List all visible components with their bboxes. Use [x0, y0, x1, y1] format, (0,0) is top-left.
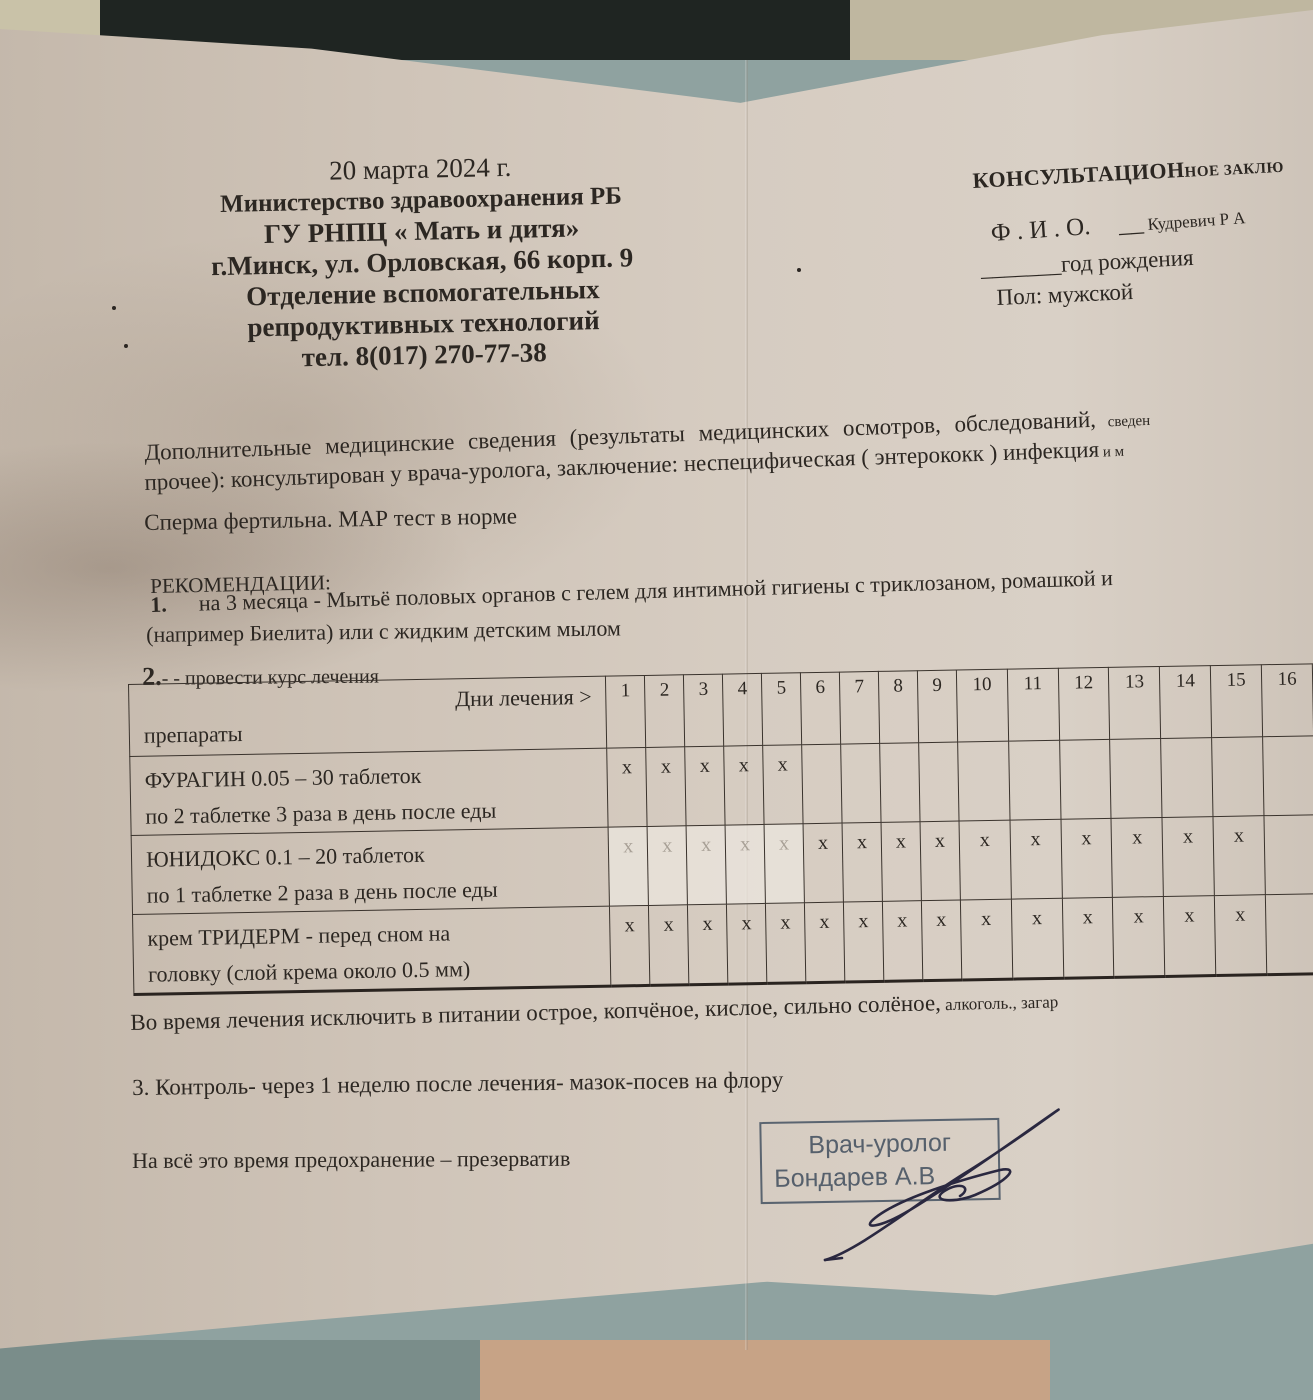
day-mark-cell: x [766, 903, 806, 984]
day-mark-cell: x [881, 822, 921, 902]
days-header: Дни лечения > [455, 679, 592, 717]
patient-name: Кудревич Р А [1147, 208, 1246, 234]
header-corner-cell: Дни лечения >препараты [129, 676, 608, 756]
empty-day-cell [1161, 738, 1213, 818]
day-header-cell: 1 [606, 675, 646, 748]
fio-label: Ф . И . О. [990, 213, 1091, 247]
empty-day-cell [1110, 738, 1162, 818]
day-mark-cell: x [727, 903, 767, 984]
day-mark-cell: x [921, 900, 961, 981]
day-mark-cell: x [920, 821, 960, 901]
empty-day-cell [1264, 815, 1313, 895]
empty-day-cell [802, 744, 842, 824]
ink-speck [797, 268, 801, 272]
empty-day-cell [1008, 740, 1060, 820]
day-header-cell: 4 [723, 673, 763, 746]
empty-day-cell [919, 742, 959, 822]
photo-background-bottom [0, 1340, 1313, 1400]
day-header-cell: 10 [956, 669, 1008, 742]
signature-icon [800, 1100, 1080, 1280]
day-mark-cell: x [960, 899, 1012, 980]
day-mark-cell: x [685, 746, 725, 826]
empty-day-cell [841, 743, 881, 823]
day-mark-cell: x [1213, 816, 1265, 896]
medical-info-tail: сведен [1096, 413, 1151, 431]
empty-day-cell [880, 743, 920, 823]
day-header-cell: 7 [840, 671, 880, 744]
drug-cell: крем ТРИДЕРМ - перед сном наголовку (сло… [133, 906, 612, 994]
day-header-cell: 5 [762, 673, 802, 746]
day-header-cell: 11 [1007, 668, 1059, 741]
day-mark-cell: x [1215, 895, 1267, 976]
day-mark-cell: x [688, 904, 728, 985]
drugs-header: препараты [144, 716, 243, 754]
day-mark-cell: x [647, 826, 687, 906]
drug-dosage: головку (слой крема около 0.5 мм) [148, 949, 601, 993]
empty-day-cell [1263, 736, 1313, 816]
institution-header: 20 марта 2024 г. Министерство здравоохра… [170, 148, 674, 376]
diet-note-tail: алкоголь., загар [941, 992, 1059, 1014]
day-mark-cell: x [844, 901, 884, 982]
day-header-cell: 3 [684, 674, 724, 747]
day-header-cell: 6 [801, 672, 841, 745]
item-number: 1. [150, 592, 167, 617]
day-header-cell: 15 [1211, 665, 1263, 738]
day-mark-cell: x [725, 824, 765, 904]
drug-cell: ЮНИДОКС 0.1 – 20 таблетокпо 1 таблетке 2… [131, 827, 610, 914]
empty-day-cell [958, 741, 1010, 821]
day-mark-cell: x [842, 822, 882, 902]
day-mark-cell: x [1164, 896, 1216, 977]
day-mark-cell: x [764, 824, 804, 904]
title-tail: НОЕ ЗАКЛЮ [1184, 160, 1284, 181]
empty-day-cell [1212, 737, 1264, 817]
ink-speck [124, 344, 128, 348]
day-header-cell: 16 [1261, 664, 1313, 737]
day-header-cell: 2 [645, 675, 685, 748]
fio-underline: __ [1118, 209, 1145, 238]
day-header-cell: 14 [1160, 666, 1212, 739]
day-mark-cell: x [1010, 819, 1062, 899]
day-mark-cell: x [1111, 817, 1163, 897]
day-mark-cell: x [803, 823, 843, 903]
day-mark-cell: x [882, 901, 922, 982]
day-header-cell: 12 [1058, 667, 1110, 740]
day-mark-cell: x [1061, 818, 1113, 898]
day-mark-cell: x [608, 826, 648, 906]
day-mark-cell: x [1113, 896, 1165, 977]
day-mark-cell: x [805, 902, 845, 983]
day-mark-cell: x [610, 905, 650, 986]
day-mark-cell: x [686, 825, 726, 905]
day-mark-cell: x [649, 905, 689, 986]
day-mark-cell: x [1011, 898, 1063, 979]
day-header-cell: 9 [917, 670, 957, 743]
day-mark-cell: x [646, 747, 686, 827]
day-mark-cell: x [763, 745, 803, 825]
medical-info-tail: и м [1099, 444, 1125, 461]
treatment-schedule-table: Дни лечения >препараты123456789101112131… [128, 663, 1313, 996]
empty-day-cell [1059, 739, 1111, 819]
ink-speck [112, 306, 116, 310]
day-mark-cell: x [724, 745, 764, 825]
day-mark-cell: x [959, 820, 1011, 900]
empty-day-cell [1265, 894, 1313, 975]
day-header-cell: 8 [878, 671, 918, 744]
day-mark-cell: x [1062, 897, 1114, 978]
protection-note: На всё это время предохранение – презерв… [132, 1146, 570, 1174]
day-mark-cell: x [1162, 817, 1214, 897]
drug-cell: ФУРАГИН 0.05 – 30 таблетокпо 2 таблетке … [130, 748, 609, 835]
day-header-cell: 13 [1109, 666, 1161, 739]
birth-underline: _______ [980, 252, 1062, 281]
day-mark-cell: x [607, 747, 647, 827]
